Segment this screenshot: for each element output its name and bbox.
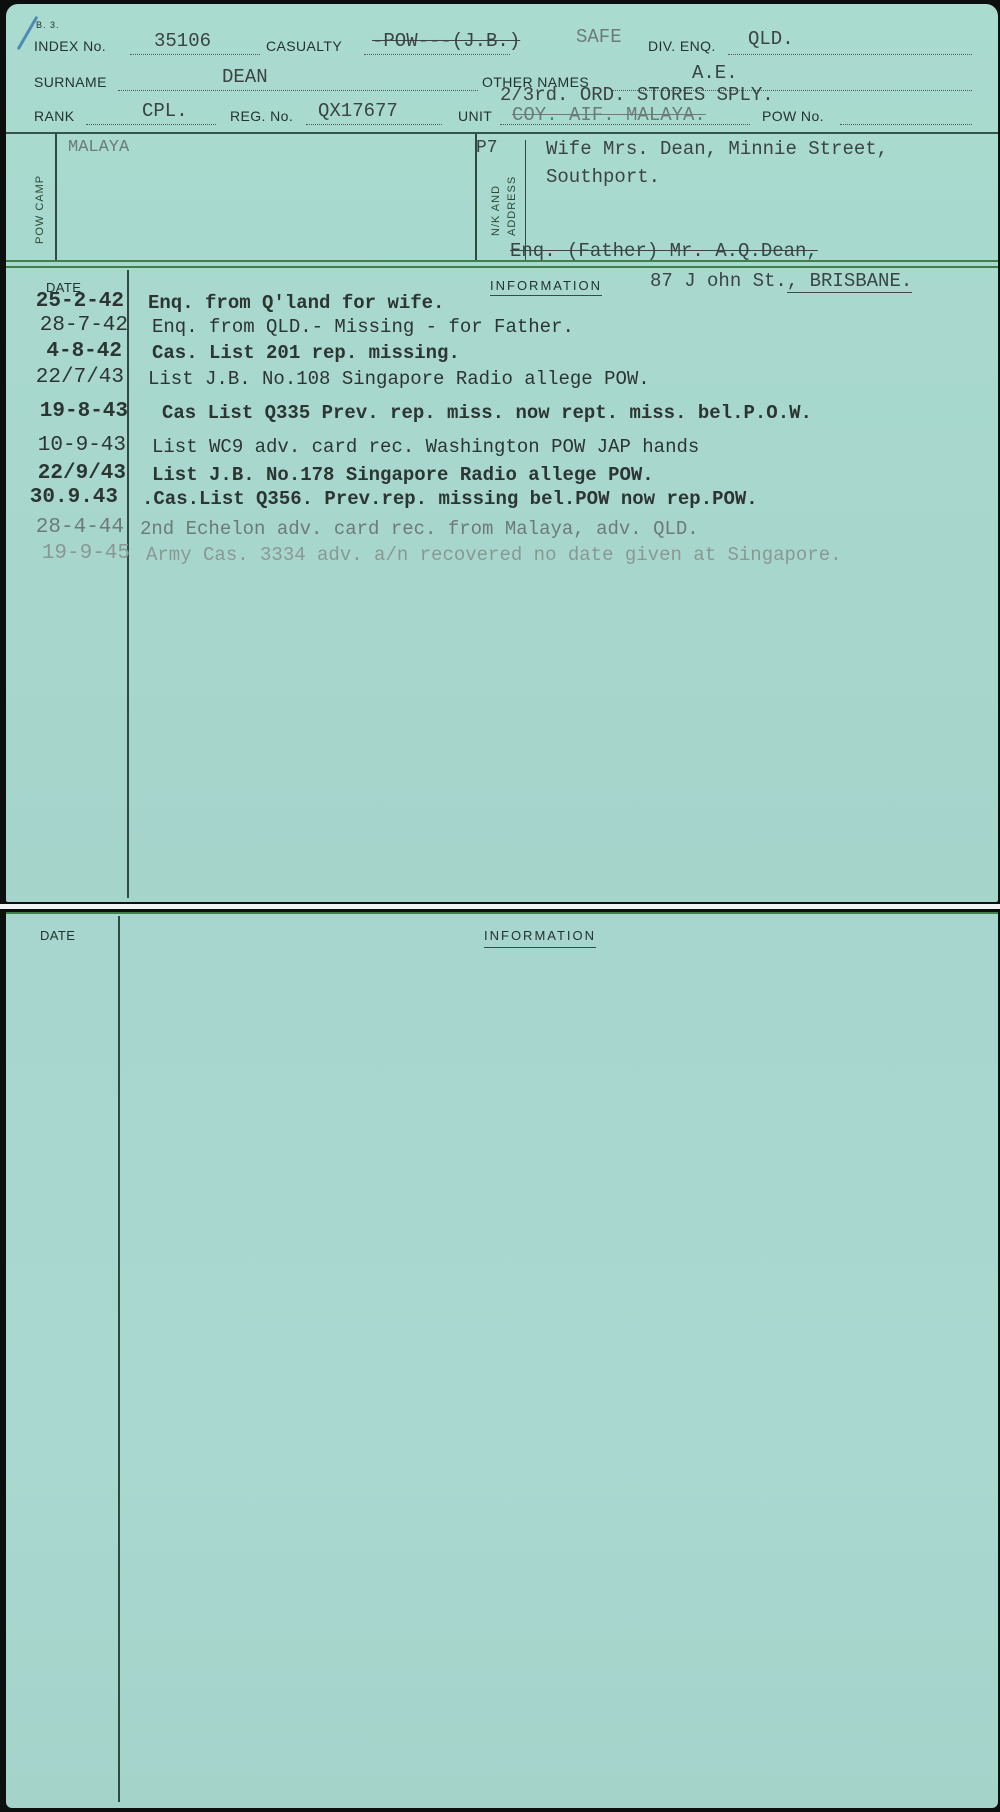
- entry-date: 25-2-42: [6, 290, 124, 313]
- nk-enquirer-street: 87 J ohn St.: [650, 270, 787, 292]
- nk-enquirer-address: 87 J ohn St., BRISBANE.: [650, 270, 912, 292]
- reg-no-value: QX17677: [318, 100, 398, 122]
- entry-information: .Cas.List Q356. Prev.rep. missing bel.PO…: [142, 488, 758, 510]
- entry-information: Cas List Q335 Prev. rep. miss. now rept.…: [162, 402, 812, 424]
- rank-label: RANK: [34, 108, 75, 124]
- surname-value: DEAN: [222, 66, 268, 88]
- pow-camp-label: POW CAMP: [34, 175, 46, 244]
- information-header: INFORMATION: [490, 278, 602, 296]
- nk-label-line2: ADDRESS: [506, 176, 518, 236]
- entry-date: 30.9.43: [0, 486, 118, 509]
- unit-value-line2: COY. AIF. MALAYA.: [512, 104, 706, 126]
- pow-camp-value: MALAYA: [68, 138, 129, 157]
- nk-code: P7: [476, 138, 498, 158]
- div-enq-label: DIV. ENQ.: [648, 38, 716, 54]
- entry-information: List WC9 adv. card rec. Washington POW J…: [152, 436, 699, 458]
- back-information-header: INFORMATION: [484, 928, 596, 948]
- entry-information: List J.B. No.108 Singapore Radio allege …: [148, 368, 650, 390]
- rank-line: [86, 124, 216, 125]
- casualty-value: SAFE: [576, 26, 622, 48]
- pow-no-label: POW No.: [762, 108, 824, 124]
- section-rule-top: [6, 260, 998, 262]
- nk-enquirer-line: Enq. (Father) Mr. A.Q.Dean,: [510, 240, 818, 262]
- entry-date: 28-4-44: [6, 516, 124, 539]
- index-no-label: INDEX No.: [34, 38, 106, 54]
- surname-label: SURNAME: [34, 74, 107, 90]
- entry-date: 28-7-42: [10, 314, 128, 337]
- nk-address-line1: Wife Mrs. Dean, Minnie Street,: [546, 138, 888, 160]
- casualty-line: [364, 54, 510, 55]
- date-column-divider: [127, 270, 129, 898]
- entry-information: Army Cas. 3334 adv. a/n recovered no dat…: [146, 544, 842, 566]
- entry-information: List J.B. No.178 Singapore Radio allege …: [152, 464, 654, 486]
- rank-value: CPL.: [142, 100, 188, 122]
- card-code: B. 3.: [36, 20, 60, 30]
- index-no-value: 35106: [154, 30, 211, 52]
- casualty-struck-value: -POW---(J.B.): [372, 30, 520, 52]
- pow-no-line: [840, 124, 972, 125]
- div-enq-value: QLD.: [748, 28, 794, 50]
- entry-information: 2nd Echelon adv. card rec. from Malaya, …: [140, 518, 699, 540]
- back-date-header: DATE: [40, 928, 75, 943]
- entry-date: 19-8-43: [10, 400, 128, 423]
- nk-label-line1: N/K AND: [490, 185, 502, 236]
- section-rule-bottom: [6, 266, 998, 268]
- reg-no-label: REG. No.: [230, 108, 293, 124]
- record-card-front: B. 3. INDEX No. 35106 CASUALTY -POW---(J…: [6, 4, 998, 902]
- unit-label: UNIT: [458, 108, 492, 124]
- entry-information: Cas. List 201 rep. missing.: [152, 342, 460, 364]
- entry-information: Enq. from Q'land for wife.: [148, 292, 444, 314]
- record-card-back: DATE INFORMATION: [6, 912, 998, 1808]
- pow-camp-divider: [55, 134, 57, 262]
- casualty-label: CASUALTY: [266, 38, 342, 54]
- other-names-value: A.E.: [692, 62, 738, 84]
- nk-enquirer-city: , BRISBANE.: [787, 270, 912, 293]
- card-separator: [0, 904, 1000, 909]
- entry-date: 22/7/43: [6, 366, 124, 389]
- nk-address-line2: Southport.: [546, 166, 660, 188]
- surname-line: [118, 90, 478, 91]
- entry-date: 4-8-42: [4, 340, 122, 363]
- entry-date: 10-9-43: [8, 434, 126, 457]
- unit-value-line1: 2/3rd. ORD. STORES SPLY.: [500, 84, 774, 106]
- back-date-column-divider: [118, 916, 120, 1802]
- div-enq-line: [728, 54, 972, 55]
- back-top-rule: [6, 912, 998, 914]
- entry-date: 22/9/43: [8, 462, 126, 485]
- header-divider: [6, 132, 998, 134]
- index-no-line: [130, 54, 260, 55]
- reg-no-line: [306, 124, 442, 125]
- entry-information: Enq. from QLD.- Missing - for Father.: [152, 316, 574, 338]
- entry-date: 19-9-45: [12, 542, 130, 565]
